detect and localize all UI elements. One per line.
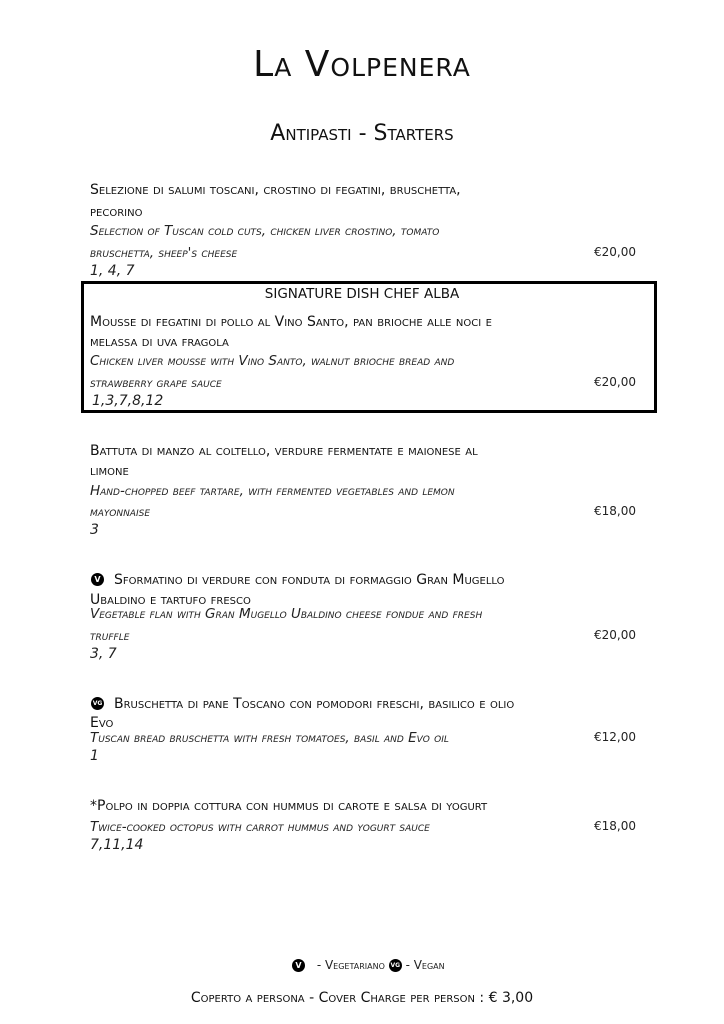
diet-legend: V - Vegetariano VG - Vegan — [292, 958, 445, 972]
item-allergens: 7,11,14 — [90, 837, 143, 853]
vegetarian-icon: V — [292, 959, 305, 972]
item-italian-name-cont: melassa di uva fragola — [90, 334, 229, 350]
cover-charge: Coperto a persona - Cover Charge per per… — [0, 990, 724, 1006]
item-allergens: 3 — [90, 522, 99, 538]
vegetarian-label: - Vegetariano — [317, 958, 385, 972]
item-price: €20,00 — [556, 375, 636, 389]
item-price: €20,00 — [556, 628, 636, 642]
restaurant-name: La Volpenera — [0, 44, 724, 85]
item-allergens: 1,3,7,8,12 — [92, 393, 163, 409]
item-italian-name-cont: limone — [90, 463, 129, 479]
vegan-icon: VG — [389, 959, 402, 972]
item-english-name-cont: bruschetta, sheep's cheese — [90, 245, 237, 261]
vegan-icon: VG — [91, 697, 104, 710]
item-price: €20,00 — [556, 245, 636, 259]
item-italian-name: *Polpo in doppia cottura con hummus di c… — [90, 798, 487, 814]
item-italian-name-cont: pecorino — [90, 204, 142, 220]
item-italian-name: Bruschetta di pane Toscano con pomodori … — [114, 696, 514, 712]
item-price: €18,00 — [556, 504, 636, 518]
item-english-name-cont: strawberry grape sauce — [90, 375, 222, 391]
item-italian-name: Battuta di manzo al coltello, verdure fe… — [90, 443, 478, 459]
item-price: €18,00 — [556, 819, 636, 833]
item-english-name: Tuscan bread bruschetta with fresh tomat… — [90, 730, 449, 746]
item-english-name: Selection of Tuscan cold cuts, chicken l… — [90, 223, 439, 239]
item-english-name: Chicken liver mousse with Vino Santo, wa… — [90, 353, 454, 369]
item-italian-name: Mousse di fegatini di pollo al Vino Sant… — [90, 314, 492, 330]
item-allergens: 1 — [90, 748, 99, 764]
item-italian-name: Sformatino di verdure con fonduta di for… — [114, 572, 505, 588]
item-english-name: Hand-chopped beef tartare, with fermente… — [90, 483, 455, 499]
signature-label: SIGNATURE DISH CHEF ALBA — [0, 286, 724, 302]
item-english-name-cont: mayonnaise — [90, 504, 150, 520]
item-price: €12,00 — [556, 730, 636, 744]
item-allergens: 3, 7 — [90, 646, 117, 662]
item-english-name: Twice-cooked octopus with carrot hummus … — [90, 819, 430, 835]
section-title: Antipasti - Starters — [0, 121, 724, 146]
vegan-label: - Vegan — [406, 958, 445, 972]
item-english-name: Vegetable flan with Gran Mugello Ubaldin… — [90, 606, 482, 622]
item-italian-name-cont: Evo — [90, 715, 113, 731]
item-italian-name: Selezione di salumi toscani, crostino di… — [90, 182, 461, 198]
item-allergens: 1, 4, 7 — [90, 263, 135, 279]
vegetarian-icon: V — [91, 573, 104, 586]
item-english-name-cont: truffle — [90, 628, 129, 644]
